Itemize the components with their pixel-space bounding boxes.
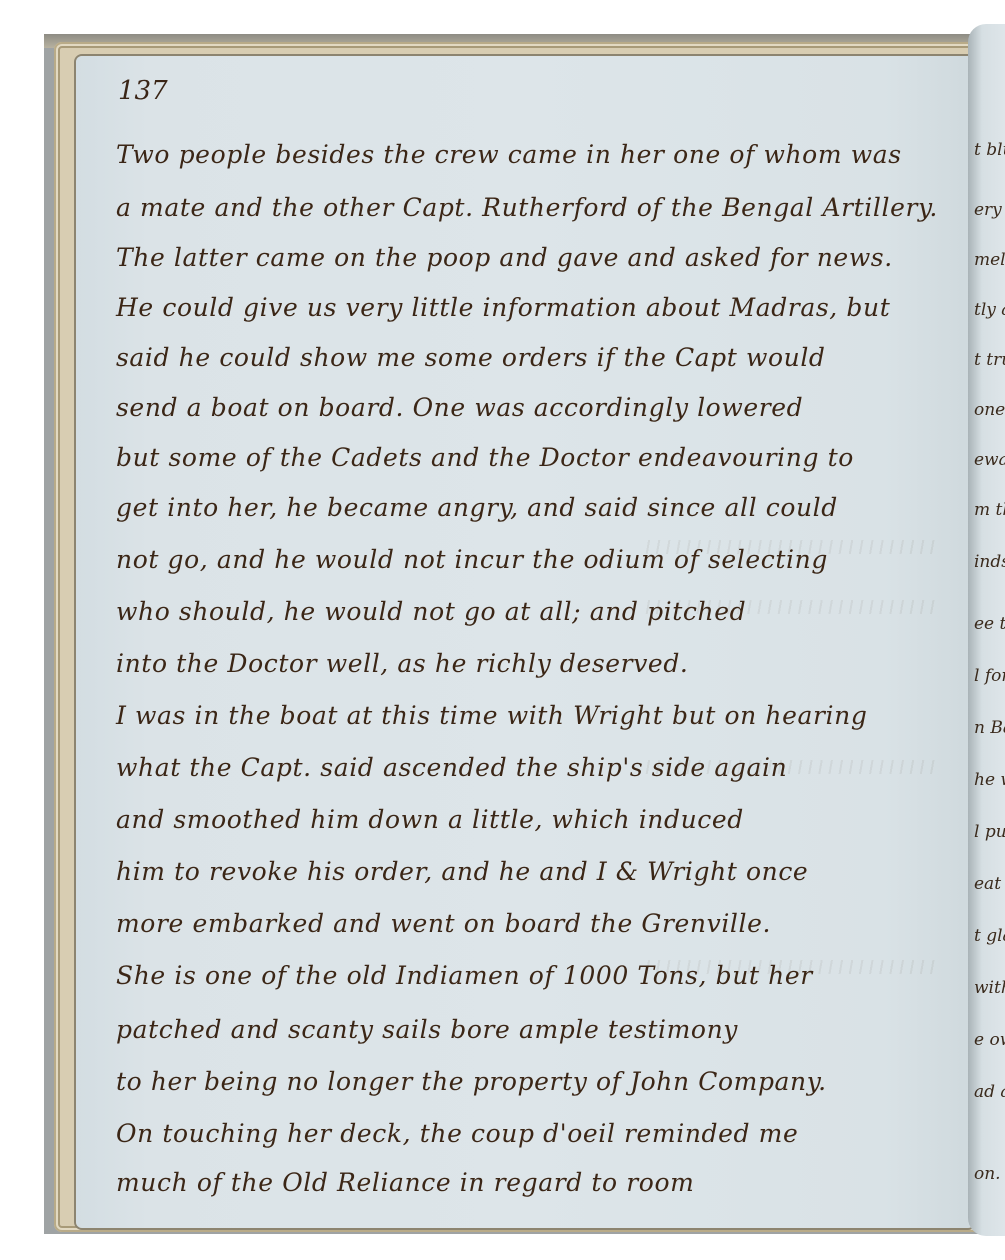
facing-fragment: ee to [974,614,1005,634]
facing-fragment: e own [974,1030,1005,1050]
text-line: much of the Old Reliance in regard to ro… [116,1168,956,1197]
text-line: I was in the boat at this time with Wrig… [116,701,956,730]
facing-fragment: tly a [974,300,1005,320]
facing-page-edge: t blue ery a mely tly a t trule ones ewa… [968,24,1005,1236]
facing-fragment: eat [974,874,1001,894]
facing-fragment: mely [974,250,1005,270]
facing-fragment: inds [974,552,1005,572]
page-number: 137 [118,76,168,106]
manuscript-page [76,56,974,1228]
text-line: not go, and he would not incur the odium… [116,545,956,574]
text-line: but some of the Cadets and the Doctor en… [116,443,956,472]
text-line: She is one of the old Indiamen of 1000 T… [116,961,956,990]
facing-fragment: l push [974,822,1005,842]
text-line: He could give us very little information… [116,293,956,322]
text-line: a mate and the other Capt. Rutherford of… [116,193,956,222]
facing-fragment: on. [974,1164,1001,1184]
text-line: On touching her deck, the coup d'oeil re… [116,1119,956,1148]
facing-fragment: t blue [974,140,1005,160]
text-line: and smoothed him down a little, which in… [116,805,956,834]
text-line: more embarked and went on board the Gren… [116,909,956,938]
facing-fragment: with [974,978,1005,998]
facing-fragment: t trule [974,350,1005,370]
text-line: to her being no longer the property of J… [116,1067,956,1096]
facing-fragment: ewas [974,450,1005,470]
text-line: who should, he would not go at all; and … [116,597,956,626]
facing-fragment: ones [974,400,1005,420]
text-line: patched and scanty sails bore ample test… [116,1015,956,1044]
facing-fragment: ad an [974,1082,1005,1102]
text-line: Two people besides the crew came in her … [116,140,956,169]
facing-fragment: t glan [974,926,1005,946]
text-line: into the Doctor well, as he richly deser… [116,649,956,678]
text-line: get into her, he became angry, and said … [116,493,956,522]
facing-fragment: ery a [974,200,1005,220]
facing-fragment: he wa [974,770,1005,790]
text-line: said he could show me some orders if the… [116,343,956,372]
text-line: him to revoke his order, and he and I & … [116,857,956,886]
text-line: The latter came on the poop and gave and… [116,243,956,272]
text-line: what the Capt. said ascended the ship's … [116,753,956,782]
text-line: send a boat on board. One was accordingl… [116,393,956,422]
facing-fragment: m the [974,500,1005,520]
facing-fragment: n Ba [974,718,1005,738]
facing-fragment: l for [974,666,1005,686]
